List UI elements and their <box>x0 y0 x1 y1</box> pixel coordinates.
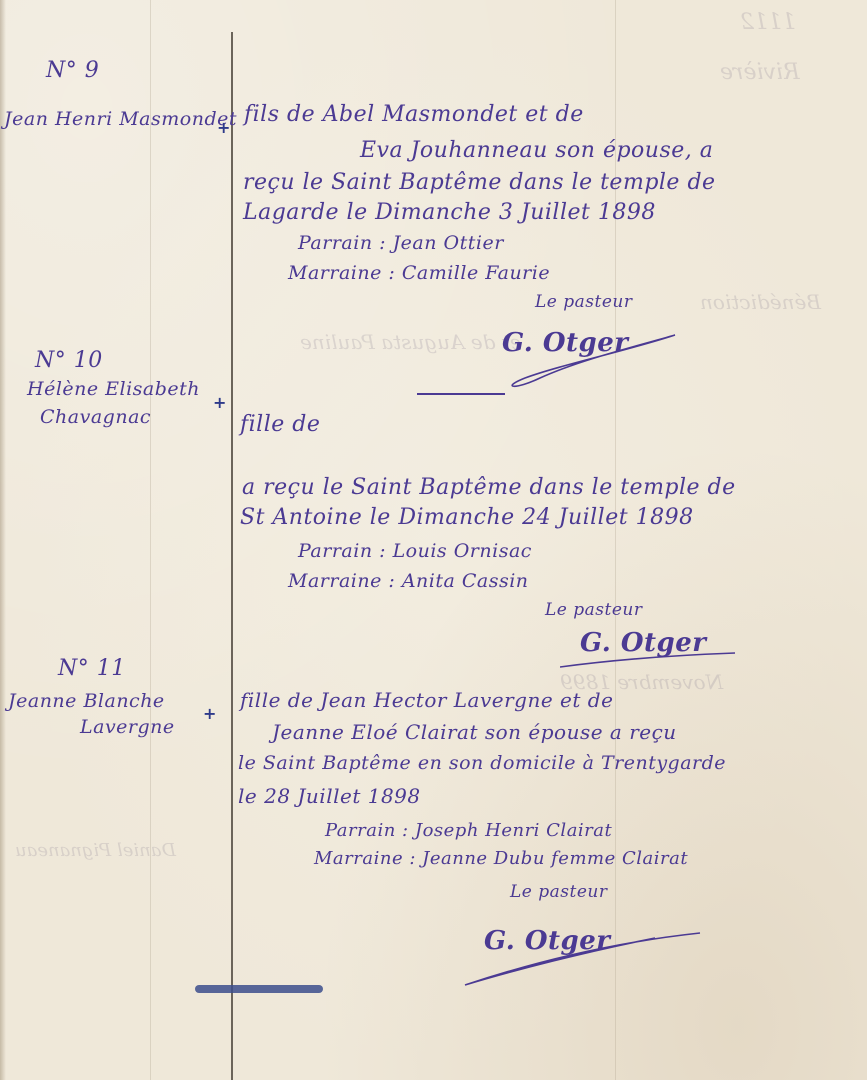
godfather-line: Parrain : Jean Ottier <box>298 232 504 254</box>
margin-rule-line <box>231 32 233 1080</box>
record-line: fille de Jean Hector Lavergne et de <box>240 688 613 712</box>
pastor-title: Le pasteur <box>535 292 632 312</box>
margin-cross-mark-icon: + <box>217 118 230 137</box>
entry-number: N° 10 <box>35 348 103 373</box>
binding-edge <box>0 0 6 1080</box>
godmother-label: Marraine : <box>288 262 395 284</box>
godfather-name: Jean Ottier <box>393 232 504 254</box>
godmother-line: Marraine : Anita Cassin <box>288 570 529 592</box>
godmother-line: Marraine : Jeanne Dubu femme Clairat <box>314 848 688 869</box>
margin-baptized-name: Jean Henri Masmondet <box>4 108 237 130</box>
record-line: reçu le Saint Baptême dans le temple de <box>243 170 716 195</box>
entry-number: N° 9 <box>46 58 99 83</box>
record-line: Jeanne Eloé Clairat son épouse a reçu <box>272 720 677 744</box>
signature-flourish-icon <box>455 930 705 990</box>
record-line: Lagarde le Dimanche 3 Juillet 1898 <box>243 200 656 225</box>
record-line: Eva Jouhanneau son épouse, a <box>360 138 713 163</box>
godmother-name: Camille Faurie <box>402 262 550 284</box>
record-line: a reçu le Saint Baptême dans le temple d… <box>242 475 736 500</box>
bleed-through-text: Rivière <box>720 60 800 85</box>
record-line: le Saint Baptême en son domicile à Trent… <box>238 752 726 774</box>
margin-cross-mark-icon: + <box>213 393 226 412</box>
pastor-title: Le pasteur <box>510 882 607 902</box>
margin-cross-mark-icon: + <box>203 704 216 723</box>
godfather-line: Parrain : Joseph Henri Clairat <box>325 820 612 841</box>
godfather-name: Louis Ornisac <box>393 540 532 562</box>
pastor-title: Le pasteur <box>545 600 642 620</box>
godfather-label: Parrain : <box>298 232 386 254</box>
godmother-label: Marraine : <box>288 570 395 592</box>
record-line: le 28 Juillet 1898 <box>238 784 421 808</box>
godmother-name: Anita Cassin <box>402 570 529 592</box>
margin-baptized-name-line1: Jeanne Blanche <box>8 690 165 712</box>
record-line: St Antoine le Dimanche 24 Juillet 1898 <box>240 505 694 530</box>
signature-flourish-icon <box>560 645 740 675</box>
margin-baptized-name-line1: Hélène Elisabeth <box>27 378 200 400</box>
register-page: 1112 Rivière Bénédiction et de Augusta P… <box>0 0 867 1080</box>
margin-baptized-name-line2: Chavagnac <box>40 406 151 428</box>
margin-baptized-name-line2: Lavergne <box>80 716 175 738</box>
godfather-line: Parrain : Louis Ornisac <box>298 540 532 562</box>
record-line: fils de Abel Masmondet et de <box>244 102 584 127</box>
godmother-line: Marraine : Camille Faurie <box>288 262 550 284</box>
bleed-through-text: Daniel Pignaneau <box>15 840 176 861</box>
record-line: fille de <box>240 412 320 437</box>
godmother-name: Jeanne Dubu femme Clairat <box>422 848 688 869</box>
bleed-through-text: Bénédiction <box>700 290 821 314</box>
godfather-label: Parrain : <box>325 820 409 841</box>
end-of-entries-mark <box>195 985 323 993</box>
signature-flourish-icon <box>480 330 680 390</box>
godfather-label: Parrain : <box>298 540 386 562</box>
godfather-name: Joseph Henri Clairat <box>415 820 612 841</box>
bleed-through-text: 1112 <box>740 10 796 35</box>
entry-divider <box>417 393 505 395</box>
faint-ruled-line <box>150 0 151 1080</box>
entry-number: N° 11 <box>58 656 126 681</box>
godmother-label: Marraine : <box>314 848 416 869</box>
